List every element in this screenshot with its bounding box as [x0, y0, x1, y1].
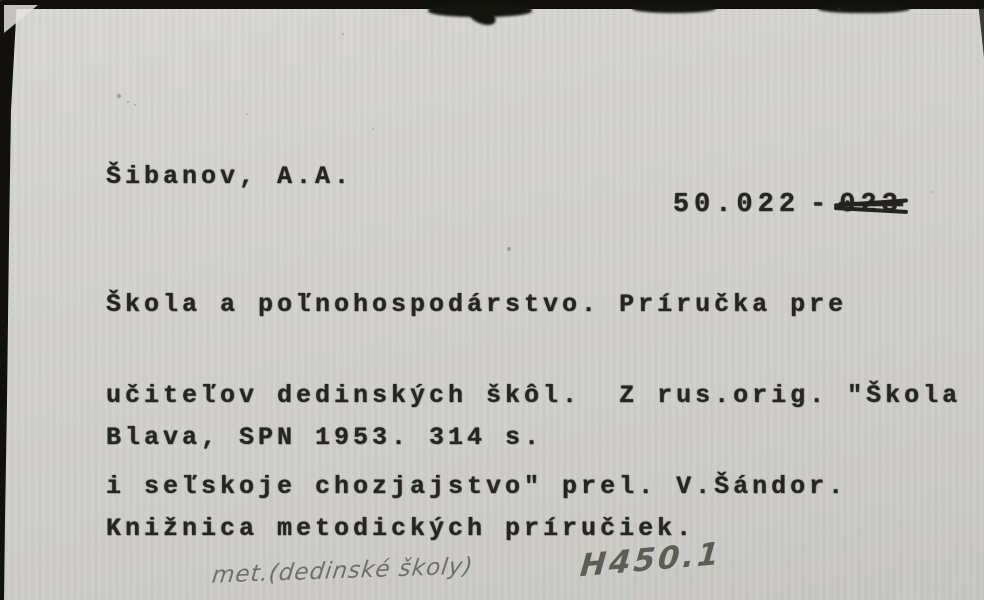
author-line: Šibanov, A.A.	[106, 162, 353, 191]
scan-edge-blob	[632, 3, 716, 13]
scan-noise-speckles	[0, 0, 2, 2]
call-number-struck: 023	[839, 190, 903, 220]
scanned-catalog-card: Šibanov, A.A. 50.022-023 Škola a poľnoho…	[0, 0, 984, 600]
title-line: Škola a poľnohospodárstvo. Príručka pre	[106, 288, 961, 321]
imprint-line: Knižnica metodických príručiek.	[106, 512, 695, 545]
call-number-separator: -	[810, 190, 831, 220]
scan-edge-blob	[818, 4, 910, 13]
call-number-value: 50.022	[673, 190, 800, 220]
imprint-line: Blava, SPN 1953. 314 s.	[106, 421, 695, 454]
